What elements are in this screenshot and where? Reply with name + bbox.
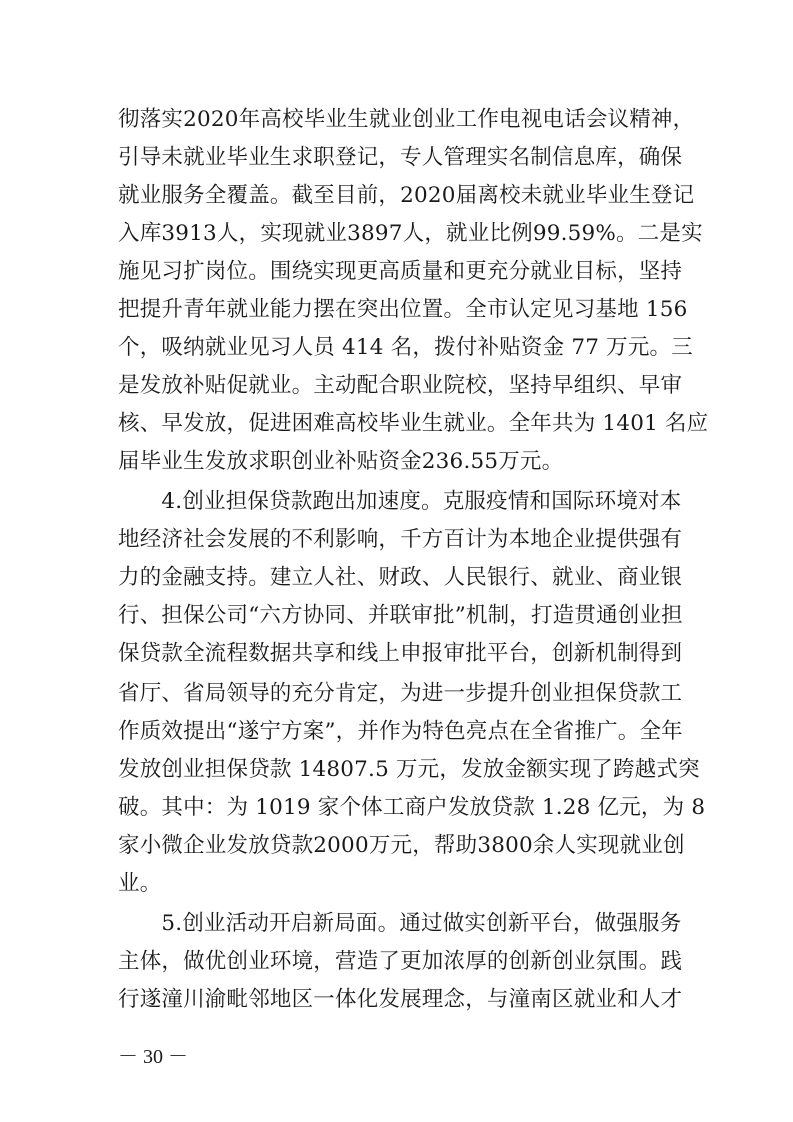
text-line: 核、早发放，促进困难高校毕业生就业。全年共为 1401 名应 [118,410,674,438]
section-4-heading-line: 4.创业担保贷款跑出加速度。克服疫情和国际环境对本 [118,488,674,516]
text-line: 施见习扩岗位。围绕实现更高质量和更充分就业目标，坚持 [118,258,674,286]
text-line: 地经济社会发展的不利影响，千方百计为本地企业提供强有 [118,526,674,554]
text-line: 保贷款全流程数据共享和线上申报审批平台，创新机制得到 [118,640,674,668]
page-number: － 30 － [118,1040,188,1069]
text-line: 发放创业担保贷款 14807.5 万元，发放金额实现了跨越式突 [118,756,674,784]
text-line: 把提升青年就业能力摆在突出位置。全市认定见习基地 156 [118,296,674,324]
text-line: 是发放补贴促就业。主动配合职业院校，坚持早组织、早审 [118,372,674,400]
document-page: 彻落实2020年高校毕业生就业创业工作电视电话会议精神， 引导未就业毕业生求职登… [0,0,793,1122]
text-line: 行遂潼川渝毗邻地区一体化发展理念，与潼南区就业和人才 [118,986,674,1014]
text-line: 省厅、省局领导的充分肯定，为进一步提升创业担保贷款工 [118,680,674,708]
text-line: 作质效提出“遂宁方案”，并作为特色亮点在全省推广。全年 [118,718,674,746]
text-line: 届毕业生发放求职创业补贴资金236.55万元。 [118,448,674,476]
section-5-heading-line: 5.创业活动开启新局面。通过做实创新平台，做强服务 [118,910,674,938]
text-line: 破。其中：为 1019 家个体工商户发放贷款 1.28 亿元，为 8 [118,794,674,822]
text-line: 就业服务全覆盖。截至目前，2020届离校未就业毕业生登记 [118,182,674,210]
text-line: 入库3913人，实现就业3897人，就业比例99.59%。二是实 [118,220,674,248]
text-line: 力的金融支持。建立人社、财政、人民银行、就业、商业银 [118,564,674,592]
text-line: 家小微企业发放贷款2000万元，帮助3800余人实现就业创 [118,832,674,860]
text-line: 主体，做优创业环境，营造了更加浓厚的创新创业氛围。践 [118,948,674,976]
text-line: 引导未就业毕业生求职登记，专人管理实名制信息库，确保 [118,144,674,172]
text-line: 个，吸纳就业见习人员 414 名，拨付补贴资金 77 万元。三 [118,334,674,362]
text-line: 行、担保公司“六方协同、并联审批”机制，打造贯通创业担 [118,602,674,630]
text-line: 彻落实2020年高校毕业生就业创业工作电视电话会议精神， [118,106,674,134]
text-line: 业。 [118,870,674,898]
